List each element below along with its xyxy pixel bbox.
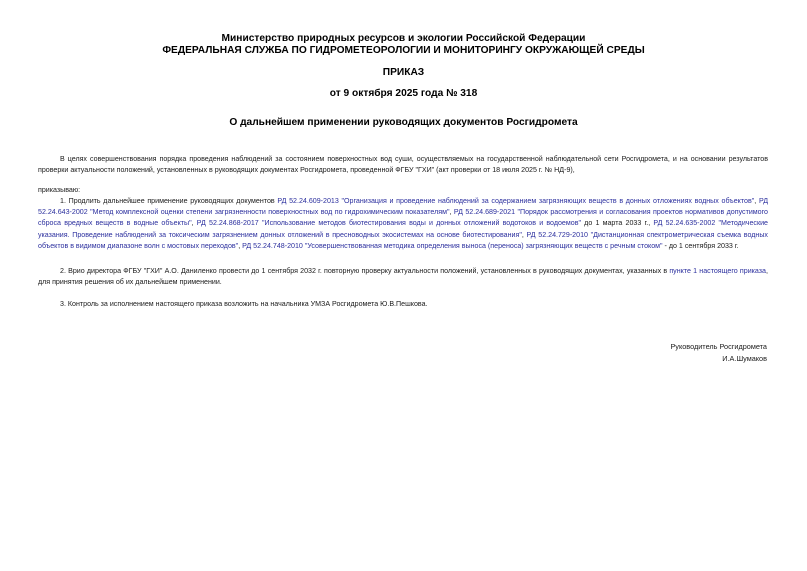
service-title: ФЕДЕРАЛЬНАЯ СЛУЖБА ПО ГИДРОМЕТЕОРОЛОГИИ … (0, 45, 807, 57)
item-2-paragraph: 2. Врио директора ФГБУ "ГХИ" А.О. Даниле… (38, 266, 768, 288)
item-2-prefix: 2. Врио директора ФГБУ "ГХИ" А.О. Даниле… (60, 267, 669, 275)
document-subject: О дальнейшем применении руководящих доку… (0, 117, 807, 129)
link-rd-52-24-748-2010[interactable]: РД 52.24.748-2010 "Усовершенствованная м… (242, 242, 662, 250)
item-3-paragraph: 3. Контроль за исполнением настоящего пр… (38, 299, 768, 310)
deadline-text: до 1 марта 2033 г., (581, 219, 653, 227)
signature-block: Руководитель Росгидромета И.А.Шумаков (670, 341, 767, 364)
link-item-1-reference[interactable]: пункте 1 настоящего приказа (669, 267, 766, 275)
signatory-name: И.А.Шумаков (670, 353, 767, 365)
item-1-prefix: 1. Продлить дальнейшее применение руково… (60, 197, 277, 205)
intro-paragraph: В целях совершенствования порядка провед… (38, 154, 768, 176)
order-word: приказываю: (38, 185, 768, 196)
document-type: ПРИКАЗ (0, 67, 807, 79)
ministry-title: Министерство природных ресурсов и эколог… (0, 33, 807, 45)
item-1-paragraph: 1. Продлить дальнейшее применение руково… (38, 196, 768, 252)
document-page: Министерство природных ресурсов и эколог… (0, 0, 807, 571)
signatory-position: Руководитель Росгидромета (670, 341, 767, 353)
link-rd-52-24-609-2013[interactable]: РД 52.24.609-2013 "Организация и проведе… (277, 197, 754, 205)
document-date-number: от 9 октября 2025 года № 318 (0, 88, 807, 100)
link-rd-52-24-868-2017[interactable]: РД 52.24.868-2017 "Использование методов… (197, 219, 581, 227)
item-1-suffix: - до 1 сентября 2033 г. (663, 242, 739, 250)
